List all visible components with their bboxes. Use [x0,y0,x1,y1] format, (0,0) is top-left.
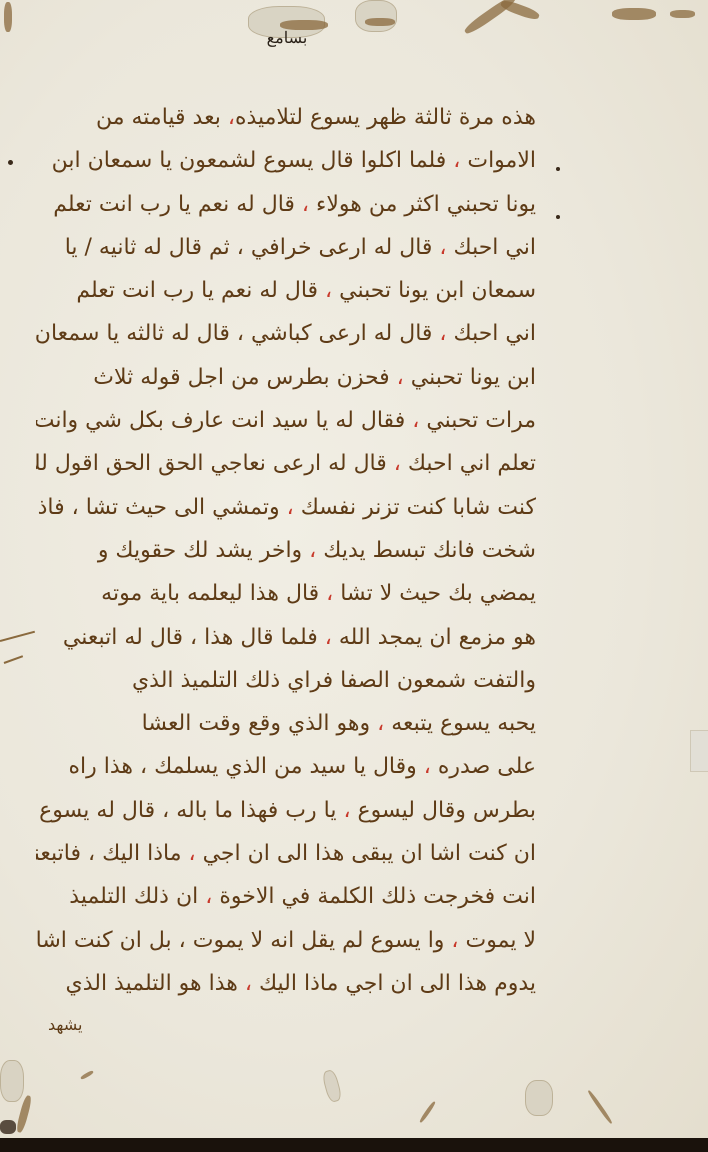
text-line: الاموات ، فلما اكلوا قال يسوع لشمعون يا … [36,139,536,182]
damage-stain [0,1060,24,1102]
damage-stain [670,10,695,18]
text-line: على صدره ، وقال يا سيد من الذي يسلمك ، ه… [36,745,536,788]
page-edge-shadow [0,1138,708,1152]
text-line: هذه مرة ثالثة ظهر يسوع لتلاميذه، بعد قيا… [36,96,536,139]
manuscript-text: هذه مرة ثالثة ظهر يسوع لتلاميذه، بعد قيا… [36,96,536,1005]
margin-dot [556,167,560,171]
text-line: انت فخرجت ذلك الكلمة في الاخوة ، ان ذلك … [36,875,536,918]
manuscript-page: بسامع هذه مرة ثالثة ظهر يسوع لتلاميذه، ب… [0,0,708,1138]
text-line: يدوم هذا الى ان اجي ماذا اليك ، هذا هو ا… [36,962,536,1005]
paper-tab [690,730,708,772]
text-line: كنت شابا كنت تزنر نفسك ، وتمشي الى حيث ت… [36,486,536,529]
damage-stain [365,18,395,26]
header-mark: بسامع [262,28,312,47]
text-line: شخت فانك تبسط يديك ، واخر يشد لك حقويك و [36,529,536,572]
damage-stain [499,0,540,22]
text-line: اني احبك ، قال له ارعى خرافي ، ثم قال له… [36,226,536,269]
damage-stain [0,1120,16,1134]
catchword: يشهد [48,1015,83,1034]
text-line: والتفت شمعون الصفا فراي ذلك التلميذ الذي [36,659,536,702]
damage-stain [80,1070,94,1080]
text-line: يونا تحبني اكثر من هولاء ، قال له نعم يا… [36,183,536,226]
damage-stain [612,8,656,20]
damage-stain [355,0,397,32]
damage-stain [419,1101,437,1124]
text-line: بطرس وقال ليسوع ، يا رب فهذا ما باله ، ق… [36,789,536,832]
text-line: ان كنت اشا ان يبقى هذا الى ان اجي ، ماذا… [36,832,536,875]
margin-stroke [0,631,35,642]
text-line: سمعان ابن يونا تحبني ، قال له نعم يا رب … [36,269,536,312]
margin-stroke [4,655,23,664]
damage-stain [321,1069,343,1104]
text-line: يحبه يسوع يتبعه ، وهو الذي وقع وقت العشا [36,702,536,745]
margin-dot [556,215,560,219]
damage-stain [4,2,12,32]
text-line: يمضي بك حيث لا تشا ، قال هذا ليعلمه باية… [36,572,536,615]
text-line: مرات تحبني ، فقال له يا سيد انت عارف بكل… [36,399,536,442]
text-line: ابن يونا تحبني ، فحزن بطرس من اجل قوله ث… [36,356,536,399]
margin-dot [8,160,13,165]
text-line: هو مزمع ان يمجد الله ، فلما قال هذا ، قا… [36,616,536,659]
text-line: اني احبك ، قال له ارعى كباشي ، قال له ثا… [36,312,536,355]
damage-stain [525,1080,553,1116]
text-line: تعلم اني احبك ، قال له ارعى نعاجي الحق ا… [36,442,536,485]
text-line: لا يموت ، وا يسوع لم يقل انه لا يموت ، ب… [36,919,536,962]
damage-stain [587,1089,613,1124]
